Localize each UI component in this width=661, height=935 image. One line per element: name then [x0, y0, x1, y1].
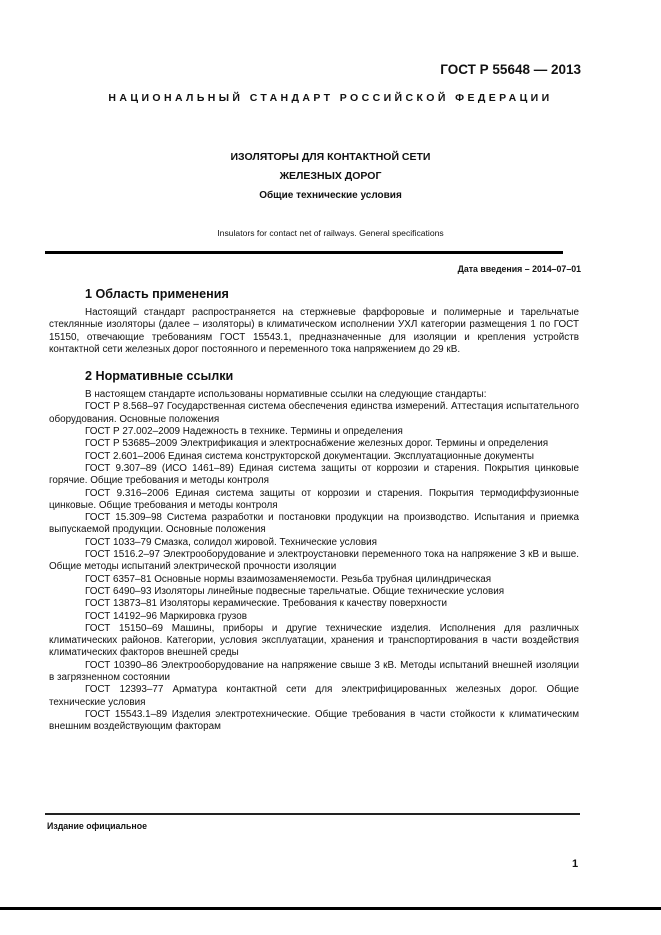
reference-item: ГОСТ 6490–93 Изоляторы линейные подвесны… [49, 586, 579, 598]
reference-item: ГОСТ 10390–86 Электрооборудование на нап… [49, 660, 579, 685]
page-number: 1 [572, 858, 578, 870]
reference-item: ГОСТ 12393–77 Арматура контактной сети д… [49, 684, 579, 709]
document-body: 1 Область применения Настоящий стандарт … [49, 285, 579, 734]
page-bottom-border [0, 907, 661, 910]
standard-id: ГОСТ Р 55648 — 2013 [440, 62, 581, 77]
english-title: Insulators for contact net of railways. … [0, 228, 661, 238]
reference-item: ГОСТ 9.307–89 (ИСО 1461–89) Единая систе… [49, 463, 579, 488]
document-subtitle: Общие технические условия [0, 190, 661, 201]
document-title-line1: ИЗОЛЯТОРЫ ДЛЯ КОНТАКТНОЙ СЕТИ [0, 151, 661, 163]
reference-item: ГОСТ 14192–96 Маркировка грузов [49, 611, 579, 623]
reference-item: ГОСТ Р 53685–2009 Электрификация и элект… [49, 438, 579, 450]
official-edition-label: Издание официальное [47, 821, 147, 831]
section-scope: 1 Область применения Настоящий стандарт … [49, 285, 579, 356]
date-introduced: Дата введения – 2014–07–01 [458, 264, 581, 274]
section-heading: 1 Область применения [49, 285, 579, 303]
national-standard-label: НАЦИОНАЛЬНЫЙ СТАНДАРТ РОССИЙСКОЙ ФЕДЕРАЦ… [0, 92, 661, 104]
section-heading: 2 Нормативные ссылки [49, 367, 579, 385]
reference-item: ГОСТ 15150–69 Машины, приборы и другие т… [49, 623, 579, 660]
reference-item: ГОСТ 6357–81 Основные нормы взаимозаменя… [49, 574, 579, 586]
reference-item: ГОСТ Р 8.568–97 Государственная система … [49, 401, 579, 426]
reference-item: ГОСТ 15.309–98 Система разработки и пост… [49, 512, 579, 537]
title-divider [45, 251, 563, 254]
reference-item: ГОСТ Р 27.002–2009 Надежность в технике.… [49, 426, 579, 438]
paragraph: Настоящий стандарт распространяется на с… [49, 307, 579, 356]
reference-item: ГОСТ 9.316–2006 Единая система защиты от… [49, 488, 579, 513]
reference-item: ГОСТ 13873–81 Изоляторы керамические. Тр… [49, 598, 579, 610]
footnote-divider [45, 813, 580, 815]
reference-item: ГОСТ 1516.2–97 Электрооборудование и эле… [49, 549, 579, 574]
paragraph: В настоящем стандарте использованы норма… [49, 389, 579, 401]
section-normative-references: 2 Нормативные ссылки В настоящем стандар… [49, 367, 579, 733]
reference-item: ГОСТ 1033–79 Смазка, солидол жировой. Те… [49, 537, 579, 549]
reference-item: ГОСТ 15543.1–89 Изделия электротехническ… [49, 709, 579, 734]
document-title-line2: ЖЕЛЕЗНЫХ ДОРОГ [0, 170, 661, 182]
reference-item: ГОСТ 2.601–2006 Единая система конструкт… [49, 451, 579, 463]
